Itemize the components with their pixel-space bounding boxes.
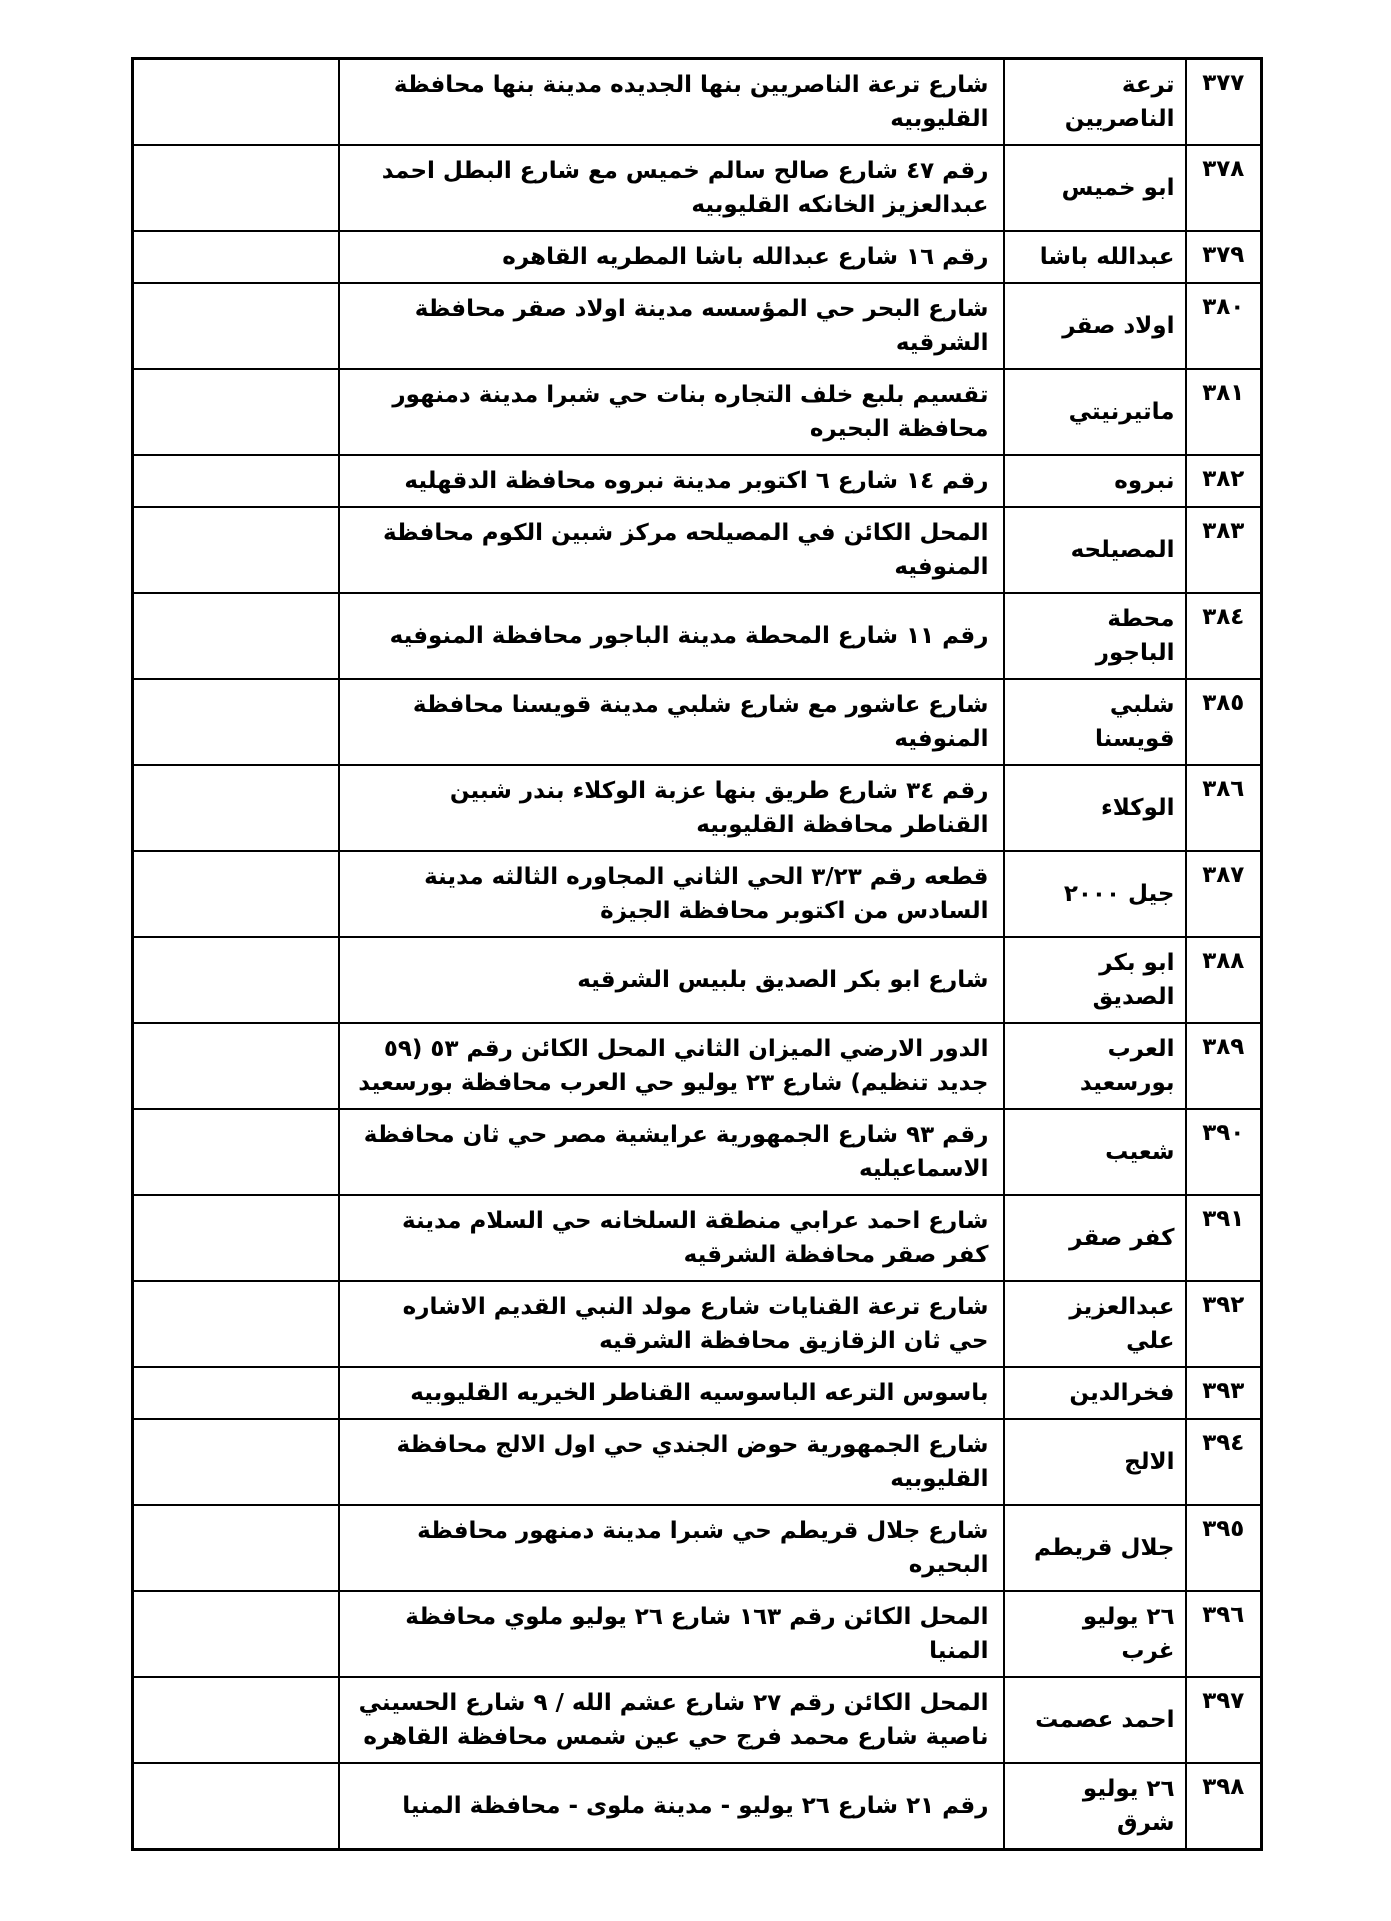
row-number-cell: ٣٩٢ xyxy=(1186,1281,1262,1367)
table-row: ٣٧٩عبدالله باشارقم ١٦ شارع عبدالله باشا … xyxy=(133,231,1262,283)
name-cell: جيل ٢٠٠٠ xyxy=(1004,851,1186,937)
table-row: ٣٩٢عبدالعزيز عليشارع ترعة القنايات شارع … xyxy=(133,1281,1262,1367)
name-cell: ٢٦ يوليو شرق xyxy=(1004,1763,1186,1850)
table-row: ٣٨٣المصيلحهالمحل الكائن في المصيلحه مركز… xyxy=(133,507,1262,593)
row-number-cell: ٣٨٧ xyxy=(1186,851,1262,937)
address-cell: المحل الكائن رقم ٢٧ شارع عشم الله / ٩ شا… xyxy=(339,1677,1004,1763)
address-cell: شارع جلال قريطم حي شبرا مدينة دمنهور محا… xyxy=(339,1505,1004,1591)
row-number-cell: ٣٧٨ xyxy=(1186,145,1262,231)
locations-table: ٣٧٧ترعة الناصريينشارع ترعة الناصريين بنه… xyxy=(131,57,1263,1851)
name-cell: احمد عصمت xyxy=(1004,1677,1186,1763)
notes-cell xyxy=(133,1419,339,1505)
notes-cell xyxy=(133,1195,339,1281)
row-number-cell: ٣٩١ xyxy=(1186,1195,1262,1281)
address-cell: رقم ٢١ شارع ٢٦ يوليو - مدينة ملوى - محاف… xyxy=(339,1763,1004,1850)
row-number-cell: ٣٨٠ xyxy=(1186,283,1262,369)
table-row: ٣٩٣فخرالدينباسوس الترعه الباسوسيه القناط… xyxy=(133,1367,1262,1419)
notes-cell xyxy=(133,59,339,146)
address-cell: رقم ٣٤ شارع طريق بنها عزبة الوكلاء بندر … xyxy=(339,765,1004,851)
table-row: ٣٩١كفر صقرشارع احمد عرابي منطقة السلخانه… xyxy=(133,1195,1262,1281)
address-cell: المحل الكائن في المصيلحه مركز شبين الكوم… xyxy=(339,507,1004,593)
name-cell: ترعة الناصريين xyxy=(1004,59,1186,146)
name-cell: اولاد صقر xyxy=(1004,283,1186,369)
name-cell: ابو بكر الصديق xyxy=(1004,937,1186,1023)
address-cell: قطعه رقم ٣/٢٣ الحي الثاني المجاوره الثال… xyxy=(339,851,1004,937)
address-cell: رقم ٤٧ شارع صالح سالم خميس مع شارع البطل… xyxy=(339,145,1004,231)
address-cell: تقسيم بلبع خلف التجاره بنات حي شبرا مدين… xyxy=(339,369,1004,455)
row-number-cell: ٣٩٤ xyxy=(1186,1419,1262,1505)
name-cell: ٢٦ يوليو غرب xyxy=(1004,1591,1186,1677)
table-row: ٣٨٠اولاد صقرشارع البحر حي المؤسسه مدينة … xyxy=(133,283,1262,369)
table-row: ٣٨٦الوكلاءرقم ٣٤ شارع طريق بنها عزبة الو… xyxy=(133,765,1262,851)
table-row: ٣٩٠شعيبرقم ٩٣ شارع الجمهورية عرايشية مصر… xyxy=(133,1109,1262,1195)
name-cell: نبروه xyxy=(1004,455,1186,507)
table-body: ٣٧٧ترعة الناصريينشارع ترعة الناصريين بنه… xyxy=(133,59,1262,1850)
name-cell: ماتيرنيتي xyxy=(1004,369,1186,455)
table-row: ٣٩٦٢٦ يوليو غربالمحل الكائن رقم ١٦٣ شارع… xyxy=(133,1591,1262,1677)
address-cell: باسوس الترعه الباسوسيه القناطر الخيريه ا… xyxy=(339,1367,1004,1419)
notes-cell xyxy=(133,369,339,455)
document-page: ٣٧٧ترعة الناصريينشارع ترعة الناصريين بنه… xyxy=(0,0,1391,1921)
address-cell: شارع البحر حي المؤسسه مدينة اولاد صقر مح… xyxy=(339,283,1004,369)
name-cell: شعيب xyxy=(1004,1109,1186,1195)
row-number-cell: ٣٨٢ xyxy=(1186,455,1262,507)
table-row: ٣٩٥جلال قريطمشارع جلال قريطم حي شبرا مدي… xyxy=(133,1505,1262,1591)
address-cell: شارع ترعة القنايات شارع مولد النبي القدي… xyxy=(339,1281,1004,1367)
table-row: ٣٨٢نبروهرقم ١٤ شارع ٦ اكتوبر مدينة نبروه… xyxy=(133,455,1262,507)
row-number-cell: ٣٧٩ xyxy=(1186,231,1262,283)
table-row: ٣٨٧جيل ٢٠٠٠قطعه رقم ٣/٢٣ الحي الثاني الم… xyxy=(133,851,1262,937)
table-row: ٣٩٤الالجشارع الجمهورية حوض الجندي حي اول… xyxy=(133,1419,1262,1505)
table-row: ٣٨٩العرب بورسعيدالدور الارضي الميزان الث… xyxy=(133,1023,1262,1109)
address-cell: رقم ١١ شارع المحطة مدينة الباجور محافظة … xyxy=(339,593,1004,679)
notes-cell xyxy=(133,231,339,283)
row-number-cell: ٣٩٦ xyxy=(1186,1591,1262,1677)
table-row: ٣٨٤محطة الباجوررقم ١١ شارع المحطة مدينة … xyxy=(133,593,1262,679)
table-row: ٣٨١ماتيرنيتيتقسيم بلبع خلف التجاره بنات … xyxy=(133,369,1262,455)
notes-cell xyxy=(133,1505,339,1591)
notes-cell xyxy=(133,507,339,593)
notes-cell xyxy=(133,455,339,507)
name-cell: محطة الباجور xyxy=(1004,593,1186,679)
address-cell: رقم ١٤ شارع ٦ اكتوبر مدينة نبروه محافظة … xyxy=(339,455,1004,507)
row-number-cell: ٣٨٣ xyxy=(1186,507,1262,593)
notes-cell xyxy=(133,1591,339,1677)
row-number-cell: ٣٩٥ xyxy=(1186,1505,1262,1591)
row-number-cell: ٣٩٧ xyxy=(1186,1677,1262,1763)
table-row: ٣٨٨ابو بكر الصديقشارع ابو بكر الصديق بلب… xyxy=(133,937,1262,1023)
table-row: ٣٧٧ترعة الناصريينشارع ترعة الناصريين بنه… xyxy=(133,59,1262,146)
notes-cell xyxy=(133,283,339,369)
name-cell: عبدالعزيز علي xyxy=(1004,1281,1186,1367)
notes-cell xyxy=(133,679,339,765)
row-number-cell: ٣٨٤ xyxy=(1186,593,1262,679)
notes-cell xyxy=(133,1109,339,1195)
address-cell: شارع احمد عرابي منطقة السلخانه حي السلام… xyxy=(339,1195,1004,1281)
row-number-cell: ٣٩٣ xyxy=(1186,1367,1262,1419)
notes-cell xyxy=(133,1281,339,1367)
row-number-cell: ٣٩٠ xyxy=(1186,1109,1262,1195)
notes-cell xyxy=(133,1367,339,1419)
name-cell: جلال قريطم xyxy=(1004,1505,1186,1591)
name-cell: العرب بورسعيد xyxy=(1004,1023,1186,1109)
address-cell: شارع عاشور مع شارع شلبي مدينة قويسنا محا… xyxy=(339,679,1004,765)
name-cell: الوكلاء xyxy=(1004,765,1186,851)
notes-cell xyxy=(133,145,339,231)
notes-cell xyxy=(133,937,339,1023)
name-cell: عبدالله باشا xyxy=(1004,231,1186,283)
row-number-cell: ٣٨١ xyxy=(1186,369,1262,455)
table-row: ٣٧٨ابو خميسرقم ٤٧ شارع صالح سالم خميس مع… xyxy=(133,145,1262,231)
notes-cell xyxy=(133,765,339,851)
name-cell: كفر صقر xyxy=(1004,1195,1186,1281)
name-cell: فخرالدين xyxy=(1004,1367,1186,1419)
table-row: ٣٩٧احمد عصمتالمحل الكائن رقم ٢٧ شارع عشم… xyxy=(133,1677,1262,1763)
notes-cell xyxy=(133,851,339,937)
table-row: ٣٨٥شلبي قويسناشارع عاشور مع شارع شلبي مد… xyxy=(133,679,1262,765)
name-cell: المصيلحه xyxy=(1004,507,1186,593)
notes-cell xyxy=(133,1677,339,1763)
row-number-cell: ٣٨٩ xyxy=(1186,1023,1262,1109)
row-number-cell: ٣٨٥ xyxy=(1186,679,1262,765)
address-cell: شارع الجمهورية حوض الجندي حي اول الالج م… xyxy=(339,1419,1004,1505)
row-number-cell: ٣٨٦ xyxy=(1186,765,1262,851)
address-cell: الدور الارضي الميزان الثاني المحل الكائن… xyxy=(339,1023,1004,1109)
notes-cell xyxy=(133,593,339,679)
name-cell: ابو خميس xyxy=(1004,145,1186,231)
notes-cell xyxy=(133,1763,339,1850)
row-number-cell: ٣٨٨ xyxy=(1186,937,1262,1023)
address-cell: المحل الكائن رقم ١٦٣ شارع ٢٦ يوليو ملوي … xyxy=(339,1591,1004,1677)
table-row: ٣٩٨٢٦ يوليو شرقرقم ٢١ شارع ٢٦ يوليو - مد… xyxy=(133,1763,1262,1850)
address-cell: رقم ١٦ شارع عبدالله باشا المطريه القاهره xyxy=(339,231,1004,283)
name-cell: شلبي قويسنا xyxy=(1004,679,1186,765)
row-number-cell: ٣٩٨ xyxy=(1186,1763,1262,1850)
notes-cell xyxy=(133,1023,339,1109)
address-cell: شارع ابو بكر الصديق بلبيس الشرقيه xyxy=(339,937,1004,1023)
address-cell: رقم ٩٣ شارع الجمهورية عرايشية مصر حي ثان… xyxy=(339,1109,1004,1195)
row-number-cell: ٣٧٧ xyxy=(1186,59,1262,146)
address-cell: شارع ترعة الناصريين بنها الجديده مدينة ب… xyxy=(339,59,1004,146)
name-cell: الالج xyxy=(1004,1419,1186,1505)
